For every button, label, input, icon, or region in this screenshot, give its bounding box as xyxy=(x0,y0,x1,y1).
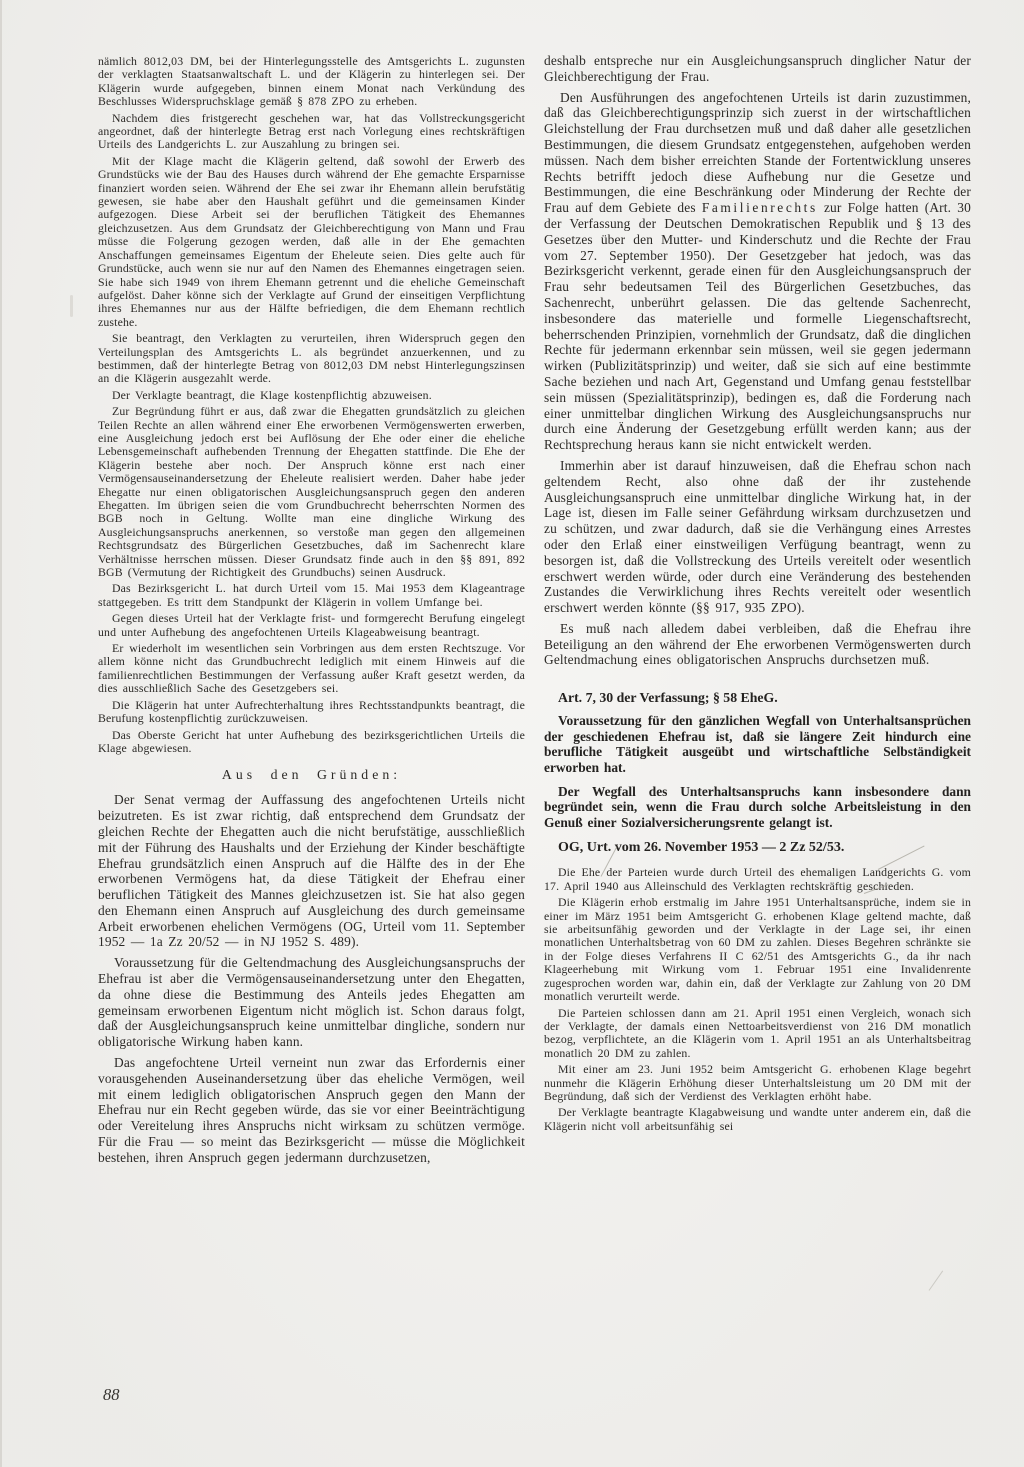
reasons-paragraph: Der Senat vermag der Auffassung des ange… xyxy=(98,792,525,950)
reasons-paragraph: Den Ausführungen des angefochtenen Urtei… xyxy=(544,90,971,453)
facts-paragraph: Mit einer am 23. Juni 1952 beim Amtsgeri… xyxy=(544,1063,971,1103)
facts-paragraph: Das Bezirksgericht L. hat durch Urteil v… xyxy=(98,582,525,609)
case2-facts-section: Die Ehe der Parteien wurde durch Urteil … xyxy=(544,866,971,1133)
letterspaced-emphasis: Familienrechts xyxy=(702,200,818,215)
case2-citation: OG, Urt. vom 26. November 1953 — 2 Zz 52… xyxy=(544,840,971,856)
facts-paragraph: Die Klägerin hat unter Aufrechterhaltung… xyxy=(98,699,525,726)
scan-smudge xyxy=(70,295,73,317)
case1-reasons-section: Der Senat vermag der Auffassung des ange… xyxy=(98,792,525,1165)
facts-paragraph: Mit der Klage macht die Klägerin geltend… xyxy=(98,155,525,329)
reasons-paragraph: Es muß nach alledem dabei verbleiben, da… xyxy=(544,621,971,668)
facts-paragraph: Zur Begründung führt er aus, daß zwar di… xyxy=(98,405,525,579)
reasons-paragraph: Immerhin aber ist darauf hinzuweisen, da… xyxy=(544,458,971,616)
reasons-heading: Aus den Gründen: xyxy=(98,767,525,783)
facts-paragraph: Die Ehe der Parteien wurde durch Urteil … xyxy=(544,866,971,893)
left-column: nämlich 8012,03 DM, bei der Hinterlegung… xyxy=(98,55,525,1171)
facts-paragraph: Das Oberste Gericht hat unter Aufhebung … xyxy=(98,729,525,756)
reasons-paragraph: deshalb entspreche nur ein Ausgleichungs… xyxy=(544,53,971,85)
case1-facts-section: nämlich 8012,03 DM, bei der Hinterlegung… xyxy=(98,55,525,755)
right-column: deshalb entspreche nur ein Ausgleichungs… xyxy=(544,53,971,1136)
headnote-paragraph: Voraussetzung für den gänzlichen Wegfall… xyxy=(544,713,971,775)
scan-edge-line xyxy=(0,0,2,1467)
facts-paragraph: Gegen dieses Urteil hat der Verklagte fr… xyxy=(98,612,525,639)
page-number: 88 xyxy=(103,1385,120,1405)
scan-scratch-artifact xyxy=(929,1271,944,1291)
facts-paragraph: Er wiederholt im wesentlichen sein Vorbr… xyxy=(98,642,525,696)
facts-paragraph: Die Parteien schlossen dann am 21. April… xyxy=(544,1007,971,1061)
reasons-text: Den Ausführungen des angefochtenen Urtei… xyxy=(544,90,971,216)
reasons-paragraph: Das angefochtene Urteil verneint nun zwa… xyxy=(98,1055,525,1166)
reasons-text: zur Folge hatten (Art. 30 der Verfassung… xyxy=(544,200,971,452)
case1-reasons-continued-section: deshalb entspreche nur ein Ausgleichungs… xyxy=(544,53,971,668)
case2-statute-reference: Art. 7, 30 der Verfassung; § 58 EheG. xyxy=(544,690,971,706)
case2-headnote-section: Voraussetzung für den gänzlichen Wegfall… xyxy=(544,713,971,830)
facts-paragraph: Sie beantragt, den Verklagten zu verurte… xyxy=(98,332,525,386)
reasons-paragraph: Voraussetzung für die Geltendmachung des… xyxy=(98,955,525,1050)
facts-paragraph: Der Verklagte beantragt, die Klage koste… xyxy=(98,389,525,402)
facts-paragraph: Der Verklagte beantragte Klagabweisung u… xyxy=(544,1106,971,1133)
facts-paragraph: Die Klägerin erhob erstmalig im Jahre 19… xyxy=(544,896,971,1003)
facts-paragraph: Nachdem dies fristgerecht geschehen war,… xyxy=(98,112,525,152)
headnote-paragraph: Der Wegfall des Unterhaltsanspruchs kann… xyxy=(544,784,971,831)
facts-paragraph: nämlich 8012,03 DM, bei der Hinterlegung… xyxy=(98,55,525,109)
